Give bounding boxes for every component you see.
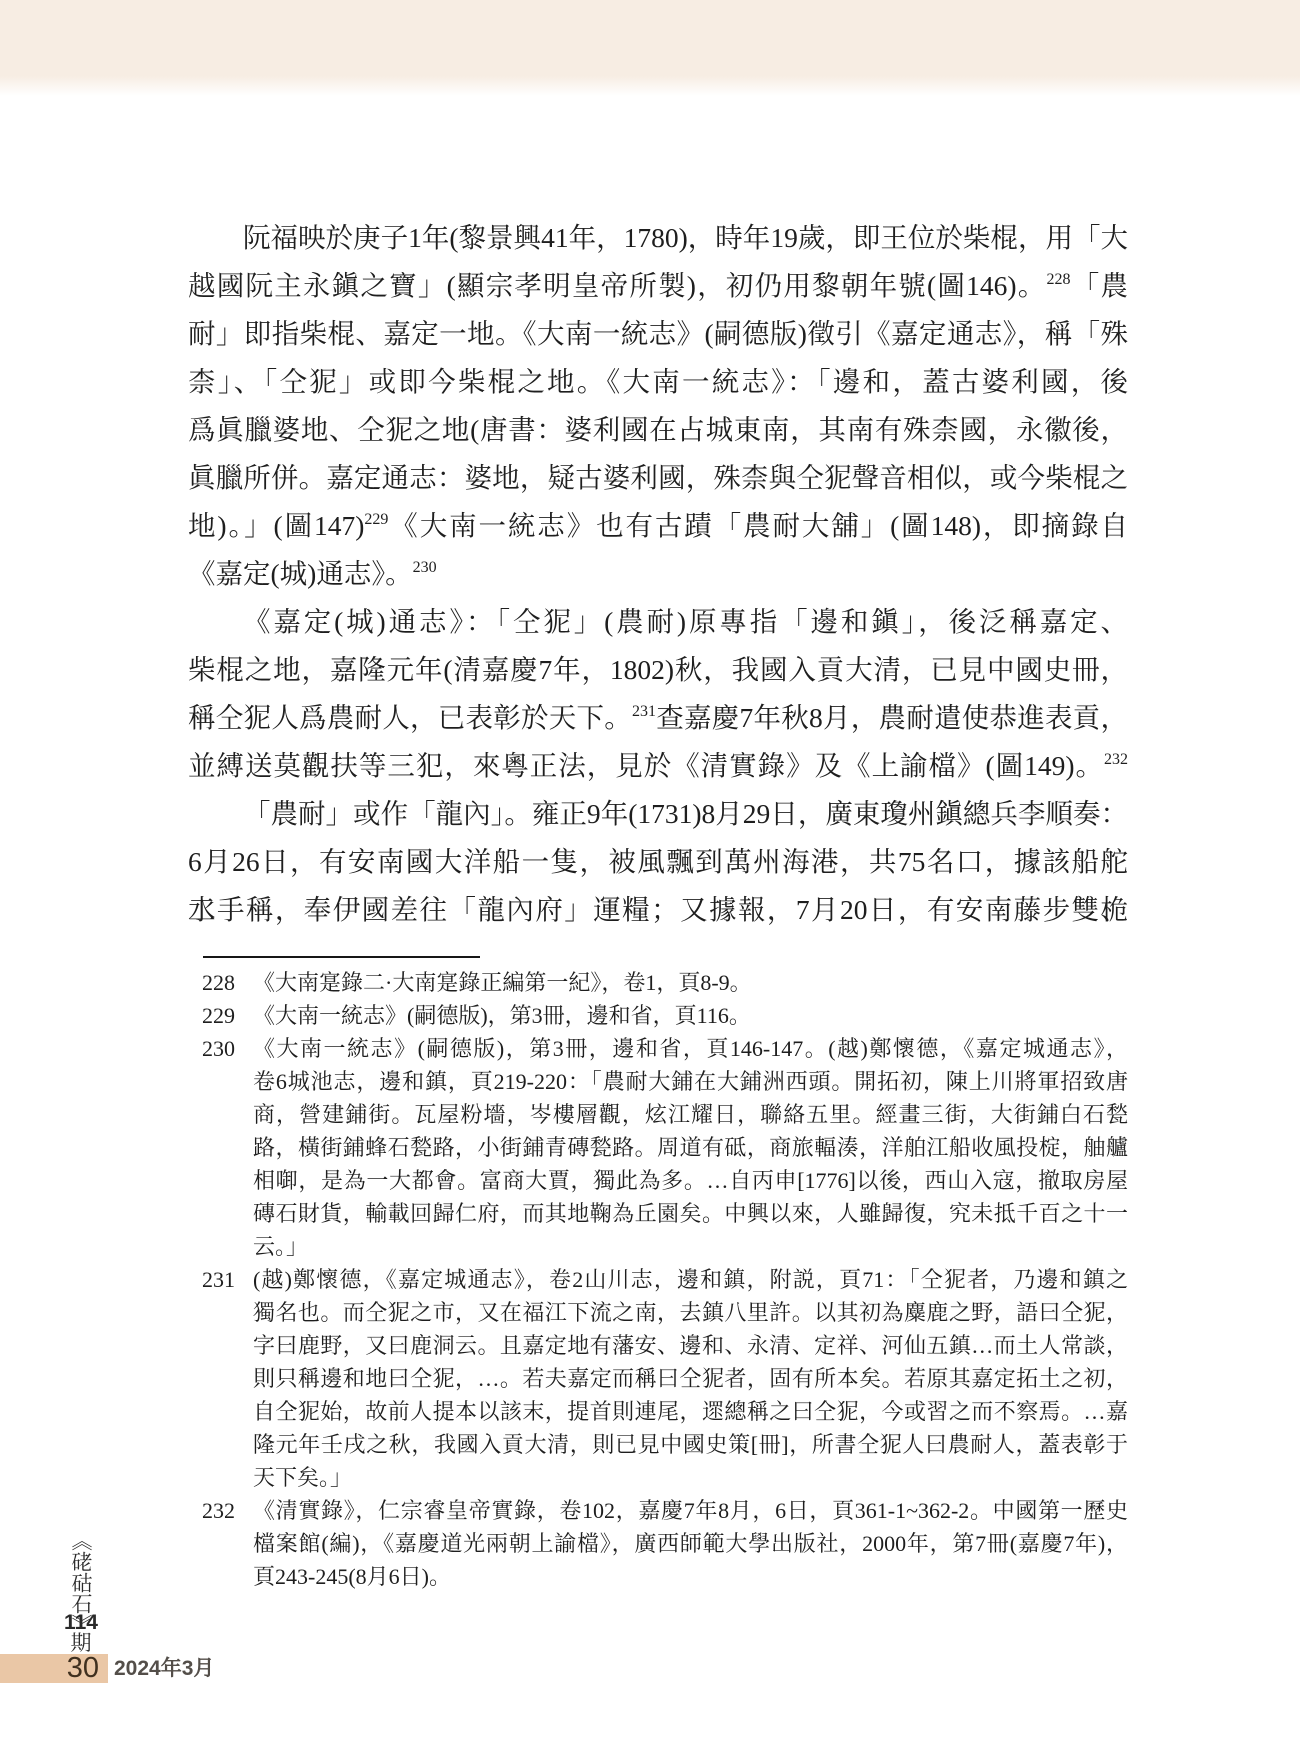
footnote-line: 自仝狔始，故前人提本以該末，提首則連尾，遝總稱之曰仝狔，今或習之而不察焉。…嘉 [253, 1395, 1128, 1428]
page: 阮福映於庚子1年(黎景興41年，1780)，時年19歲，即王位於柴棍，用「大越國… [0, 0, 1300, 1763]
page-number: 30 [67, 1654, 108, 1683]
footnote-line: 《大南寔錄二·大南寔錄正編第一紀》，卷1，頁8-9。 [253, 966, 1128, 999]
footnote-ref: 228 [1047, 271, 1071, 288]
footnote-line: 天下矣。」 [253, 1461, 1128, 1494]
footnote: 231(越)鄭懷德，《嘉定城通志》，卷2山川志，邊和鎮，附説，頁71：「仝狔者，… [202, 1263, 1128, 1494]
top-band [0, 0, 1300, 96]
footnote-line: 頁243-245(8月6日)。 [253, 1560, 1128, 1593]
footnote: 230《大南一統志》(嗣德版)，第3冊，邊和省，頁146-147。(越)鄭懷德，… [202, 1032, 1128, 1263]
footnotes: 228《大南寔錄二·大南寔錄正編第一紀》，卷1，頁8-9。229《大南一統志》(… [202, 966, 1128, 1593]
footnote-ref: 229 [364, 511, 388, 528]
text-line: 耐」即指柴棍、嘉定一地。《大南一統志》(嗣德版)徵引《嘉定通志》，稱「殊 [188, 310, 1128, 358]
footnote-text: 《清實錄》，仁宗睿皇帝實錄，卷102，嘉慶7年8月，6日，頁361-1~362-… [253, 1494, 1128, 1593]
issue-date: 2024年3月 [114, 1654, 214, 1683]
footnote-ref: 231 [632, 703, 656, 720]
text-line: 爲眞臘婆地、仝狔之地(唐書：婆利國在占城東南，其南有殊柰國，永徽後， [188, 406, 1128, 454]
text-line: 並縛送莫觀扶等三犯，來粵正法，見於《清實錄》及《上諭檔》(圖149)。232 [188, 742, 1128, 790]
footnote-text: (越)鄭懷德，《嘉定城通志》，卷2山川志，邊和鎮，附説，頁71：「仝狔者，乃邊和… [253, 1263, 1128, 1494]
text-line: 水手稱，奉伊國差往「龍內府」運糧；又據報，7月20日，有安南藤步雙桅 [188, 886, 1128, 934]
footnote-line: 路，橫街鋪蜂石甃路，小街鋪青磚甃路。周道有砥，商旅輻湊，洋舶江船收風投椗，舳艫 [253, 1131, 1128, 1164]
footnote-line: 字曰鹿野，又曰鹿洞云。且嘉定地有藩安、邊和、永清、定祥、河仙五鎮…而土人常談， [253, 1329, 1128, 1362]
footnote-line: 隆元年壬戌之秋，我國入貢大清，則已見中國史策[冊]，所書仝狔人曰農耐人，蓋表彰于 [253, 1428, 1128, 1461]
text-line: 6月26日，有安南國大洋船一隻，被風飄到萬州海港，共75名口，據該船舵工、 [188, 838, 1128, 886]
footnote-line: 《大南一統志》(嗣德版)，第3冊，邊和省，頁116。 [253, 999, 1128, 1032]
footnote-number: 229 [202, 999, 253, 1032]
text-line: 柴棍之地，嘉隆元年(清嘉慶7年，1802)秋，我國入貢大清，已見中國史冊， [188, 646, 1128, 694]
footnote-text: 《大南一統志》(嗣德版)，第3冊，邊和省，頁146-147。(越)鄭懷德，《嘉定… [253, 1032, 1128, 1263]
footnote-ref: 230 [413, 559, 437, 576]
footnote-line: 卷6城池志，邊和鎮，頁219-220：「農耐大鋪在大鋪洲西頭。開拓初，陳上川將軍… [253, 1065, 1128, 1098]
footnote-line: 《大南一統志》(嗣德版)，第3冊，邊和省，頁146-147。(越)鄭懷德，《嘉定… [253, 1032, 1128, 1065]
body-text: 阮福映於庚子1年(黎景興41年，1780)，時年19歲，即王位於柴棍，用「大越國… [188, 214, 1128, 934]
footnote-line: (越)鄭懷德，《嘉定城通志》，卷2山川志，邊和鎮，附説，頁71：「仝狔者，乃邊和… [253, 1263, 1128, 1296]
footnote: 229《大南一統志》(嗣德版)，第3冊，邊和省，頁116。 [202, 999, 1128, 1032]
footnote-line: 獨名也。而仝狔之市，又在福江下流之南，去鎮八里許。以其初為麋鹿之野，語曰仝狔， [253, 1296, 1128, 1329]
footnote-line: 檔案館(編)，《嘉慶道光兩朝上諭檔》，廣西師範大學出版社，2000年，第7冊(嘉… [253, 1527, 1128, 1560]
text-line: 《嘉定(城)通志》。230 [188, 550, 1128, 598]
text-line: 稱仝狔人爲農耐人，已表彰於天下。231查嘉慶7年秋8月，農耐遣使恭進表貢， [188, 694, 1128, 742]
footnote-line: 磚石財貨，輸載回歸仁府，而其地鞠為丘園矣。中興以來，人雖歸復，究未抵千百之十一 [253, 1197, 1128, 1230]
page-number-badge: 30 [0, 1654, 108, 1683]
text-line: 《嘉定(城)通志》：「仝狔」(農耐)原專指「邊和鎭」，後泛稱嘉定、 [188, 598, 1128, 646]
footnote-separator [203, 956, 480, 958]
footnote-line: 則只稱邊和地曰仝狔，…。若夫嘉定而稱曰仝狔者，固有所本矣。若原其嘉定拓土之初， [253, 1362, 1128, 1395]
footnote-number: 231 [202, 1263, 253, 1296]
text-line: 柰」、「仝狔」或即今柴棍之地。《大南一統志》：「邊和，蓋古婆利國，後 [188, 358, 1128, 406]
footnote: 228《大南寔錄二·大南寔錄正編第一紀》，卷1，頁8-9。 [202, 966, 1128, 999]
footnote-ref: 232 [1104, 751, 1128, 768]
text-line: 地)。」(圖147)229《大南一統志》也有古蹟「農耐大舖」(圖148)，即摘錄… [188, 502, 1128, 550]
text-line: 阮福映於庚子1年(黎景興41年，1780)，時年19歲，即王位於柴棍，用「大 [188, 214, 1128, 262]
footnote-line: 相啣，是為一大都會。富商大賈，獨此為多。…自丙申[1776]以後，西山入寇，撤取… [253, 1164, 1128, 1197]
footnote-line: 云。」 [253, 1230, 1128, 1263]
footnote-line: 商，營建鋪街。瓦屋粉墻，岑樓層觀，炫江耀日，聯絡五里。經畫三街，大街鋪白石甃 [253, 1098, 1128, 1131]
text-line: 眞臘所併。嘉定通志：婆地，疑古婆利國，殊柰與仝狔聲音相似，或今柴棍之 [188, 454, 1128, 502]
footnote-text: 《大南一統志》(嗣德版)，第3冊，邊和省，頁116。 [253, 999, 1128, 1032]
footnote-number: 230 [202, 1032, 253, 1065]
footnote-number: 228 [202, 966, 253, 999]
text-line: 越國阮主永鎭之寶」(顯宗孝明皇帝所製)，初仍用黎朝年號(圖146)。228「農 [188, 262, 1128, 310]
footnote-number: 232 [202, 1494, 253, 1527]
footnote-text: 《大南寔錄二·大南寔錄正編第一紀》，卷1，頁8-9。 [253, 966, 1128, 999]
footnote: 232《清實錄》，仁宗睿皇帝實錄，卷102，嘉慶7年8月，6日，頁361-1~3… [202, 1494, 1128, 1593]
text-line: 「農耐」或作「龍內」。雍正9年(1731)8月29日，廣東瓊州鎭總兵李順奏： [188, 790, 1128, 838]
footnote-line: 《清實錄》，仁宗睿皇帝實錄，卷102，嘉慶7年8月，6日，頁361-1~362-… [253, 1494, 1128, 1527]
